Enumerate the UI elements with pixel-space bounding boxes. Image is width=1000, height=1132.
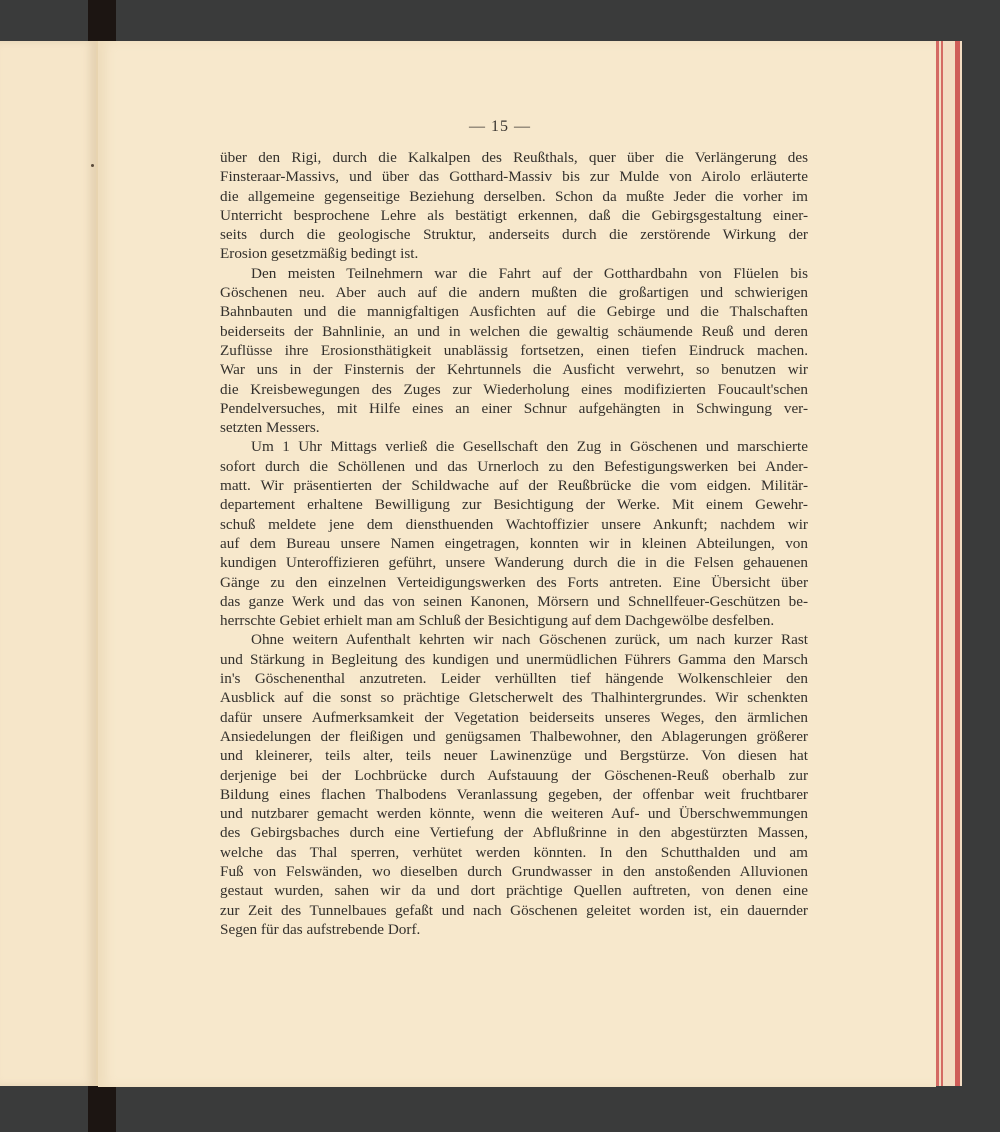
text-line: auf dem Bureau unsere Namen eingetragen,… — [220, 534, 808, 553]
text-line: zur Zeit des Tunnelbaues gefaßt und nach… — [220, 901, 808, 920]
text-line: dafür unsere Aufmerksamkeit der Vegetati… — [220, 708, 808, 727]
text-line: Ansiedelungen der fleißigen und genügsam… — [220, 727, 808, 746]
text-line: Unterricht besprochene Lehre als bestäti… — [220, 206, 808, 225]
text-line: Ohne weitern Aufenthalt kehrten wir nach… — [220, 630, 808, 649]
text-line: herrschte Gebiet erhielt man am Schluß d… — [220, 611, 808, 630]
text-line: das ganze Werk und das von seinen Kanone… — [220, 592, 808, 611]
text-line: Finsteraar-Massivs, und über das Gotthar… — [220, 167, 808, 186]
text-line: Erosion gesetzmäßig bedingt ist. — [220, 244, 808, 263]
red-edge-stripe — [941, 41, 943, 1086]
text-line: die Kreisbewegungen des Zuges zur Wieder… — [220, 380, 808, 399]
text-line: sofort durch die Schöllenen und das Urne… — [220, 457, 808, 476]
text-line: gestaut wurden, sahen wir da und dort pr… — [220, 881, 808, 900]
text-line: Gänge zu den einzelnen Verteidigungswerk… — [220, 573, 808, 592]
text-line: departement erhaltene Bewilligung zur Be… — [220, 495, 808, 514]
text-line: und kleinerer, teils alter, teils neuer … — [220, 746, 808, 765]
left-page — [0, 41, 96, 1086]
body-text: über den Rigi, durch die Kalkalpen des R… — [220, 148, 808, 939]
paper-speck — [91, 164, 94, 167]
text-line: über den Rigi, durch die Kalkalpen des R… — [220, 148, 808, 167]
text-line: Segen für das aufstrebende Dorf. — [220, 920, 808, 939]
text-line: Um 1 Uhr Mittags verließ die Gesellschaf… — [220, 437, 808, 456]
text-line: Bahnbauten und die mannigfaltigen Ausfic… — [220, 302, 808, 321]
text-line: Zuflüsse ihre Erosionsthätigkeit unabläs… — [220, 341, 808, 360]
text-line: seits durch die geologische Struktur, an… — [220, 225, 808, 244]
text-line: War uns in der Finsternis der Kehrtunnel… — [220, 360, 808, 379]
paragraph: Den meisten Teilnehmern war die Fahrt au… — [220, 264, 808, 438]
page-number: — 15 — — [0, 118, 1000, 136]
paragraph: Ohne weitern Aufenthalt kehrten wir nach… — [220, 630, 808, 939]
text-line: Pendelversuches, mit Hilfe eines an eine… — [220, 399, 808, 418]
text-line: Göschenen neu. Aber auch auf die andern … — [220, 283, 808, 302]
text-line: und Stärkung in Begleitung des kundigen … — [220, 650, 808, 669]
paragraph: über den Rigi, durch die Kalkalpen des R… — [220, 148, 808, 264]
text-line: in's Göschenenthal anzutreten. Leider ve… — [220, 669, 808, 688]
text-line: Bildung eines flachen Thalbodens Veranla… — [220, 785, 808, 804]
text-line: derjenige bei der Lochbrücke durch Aufst… — [220, 766, 808, 785]
text-line: Den meisten Teilnehmern war die Fahrt au… — [220, 264, 808, 283]
red-edge-stripe — [936, 41, 939, 1086]
page-edges — [936, 41, 962, 1086]
red-edge-stripe — [955, 41, 960, 1086]
text-line: die allgemeine gegenseitige Beziehung de… — [220, 187, 808, 206]
text-line: des Gebirgsbaches durch eine Vertiefung … — [220, 823, 808, 842]
text-line: beiderseits der Bahnlinie, an und in wel… — [220, 322, 808, 341]
text-line: welche das Thal sperren, verhütet werden… — [220, 843, 808, 862]
text-line: Ausblick auf die sonst so prächtige Glet… — [220, 688, 808, 707]
text-line: matt. Wir präsentierten der Schildwache … — [220, 476, 808, 495]
text-line: schuß meldete jene dem diensthuenden Wac… — [220, 515, 808, 534]
paragraph: Um 1 Uhr Mittags verließ die Gesellschaf… — [220, 437, 808, 630]
text-line: und nutzbarer gemacht werden könnte, wen… — [220, 804, 808, 823]
text-line: kundigen Unteroffizieren geführt, unsere… — [220, 553, 808, 572]
text-line: setzten Messers. — [220, 418, 808, 437]
text-line: Fuß von Felswänden, wo dieselben durch G… — [220, 862, 808, 881]
